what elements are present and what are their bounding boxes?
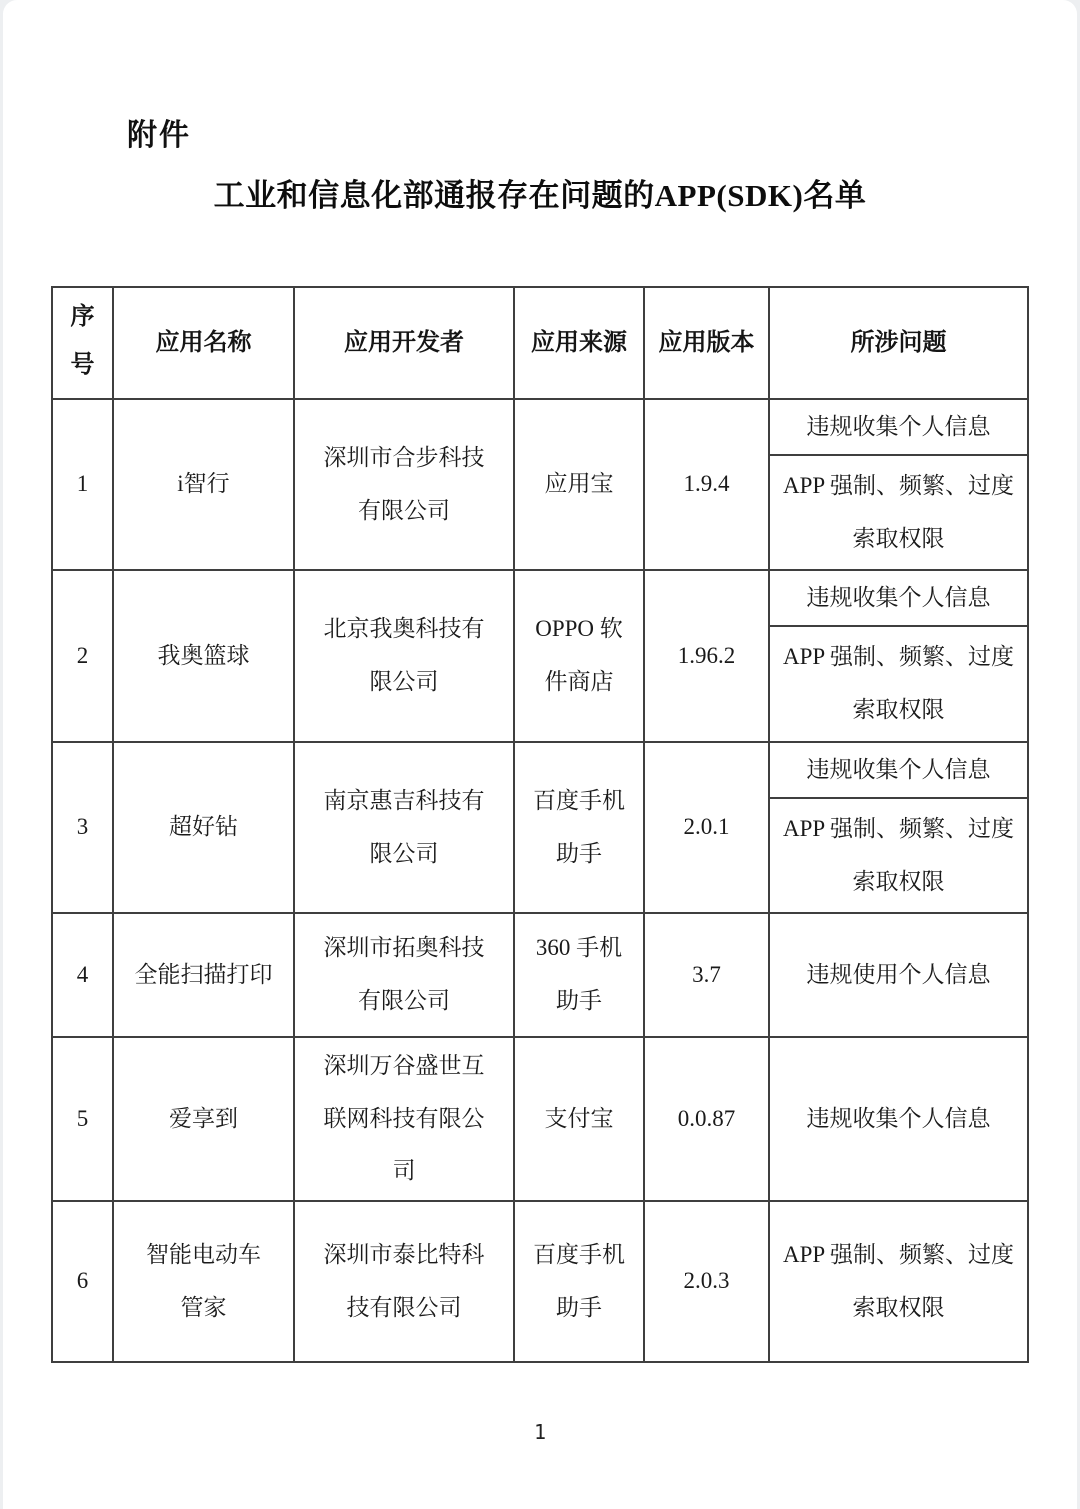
table-row: 1 i智行 深圳市合步科技 有限公司 应用宝 1.9.4 违规收集个人信息 AP… <box>52 399 1028 570</box>
cell-index: 6 <box>52 1201 113 1362</box>
document-page: 附件 工业和信息化部通报存在问题的APP(SDK)名单 序号 应用名称 应用开发… <box>3 0 1077 1509</box>
cell-index: 2 <box>52 570 113 742</box>
cell-developer: 深圳市泰比特科 技有限公司 <box>294 1201 514 1362</box>
app-violation-table: 序号 应用名称 应用开发者 应用来源 应用版本 所涉问题 1 i智行 深圳市合步… <box>51 286 1029 1363</box>
cell-issues: 违规收集个人信息 APP 强制、频繁、过度 索取权限 <box>769 399 1028 570</box>
table-row: 3 超好钻 南京惠吉科技有 限公司 百度手机 助手 2.0.1 违规收集个人信息… <box>52 742 1028 913</box>
col-header-source: 应用来源 <box>514 287 644 399</box>
col-header-developer: 应用开发者 <box>294 287 514 399</box>
table-header-row: 序号 应用名称 应用开发者 应用来源 应用版本 所涉问题 <box>52 287 1028 399</box>
page-number: 1 <box>3 1420 1077 1444</box>
cell-developer: 深圳市合步科技 有限公司 <box>294 399 514 570</box>
issue-item: APP 强制、频繁、过度 索取权限 <box>770 799 1027 912</box>
cell-app-name: 智能电动车 管家 <box>113 1201 294 1362</box>
cell-app-name: 我奥篮球 <box>113 570 294 742</box>
cell-source: 百度手机 助手 <box>514 742 644 913</box>
cell-issues: 违规使用个人信息 <box>769 913 1028 1037</box>
cell-app-name: 超好钻 <box>113 742 294 913</box>
cell-index: 4 <box>52 913 113 1037</box>
issue-item: APP 强制、频繁、过度 索取权限 <box>770 456 1027 569</box>
issues-list: 违规收集个人信息 APP 强制、频繁、过度 索取权限 <box>770 571 1027 741</box>
cell-version: 2.0.3 <box>644 1201 769 1362</box>
attachment-label: 附件 <box>127 110 191 154</box>
cell-app-name: 爱享到 <box>113 1037 294 1201</box>
cell-index: 3 <box>52 742 113 913</box>
cell-source: 360 手机 助手 <box>514 913 644 1037</box>
cell-app-name: 全能扫描打印 <box>113 913 294 1037</box>
col-header-issues: 所涉问题 <box>769 287 1028 399</box>
cell-issues: 违规收集个人信息 APP 强制、频繁、过度 索取权限 <box>769 742 1028 913</box>
cell-issues: 违规收集个人信息 APP 强制、频繁、过度 索取权限 <box>769 570 1028 742</box>
issues-list: 违规收集个人信息 APP 强制、频繁、过度 索取权限 <box>770 400 1027 569</box>
issues-list: 违规收集个人信息 APP 强制、频繁、过度 索取权限 <box>770 743 1027 912</box>
cell-app-name: i智行 <box>113 399 294 570</box>
issue-item: 违规收集个人信息 <box>770 571 1027 627</box>
col-header-version: 应用版本 <box>644 287 769 399</box>
table-row: 4 全能扫描打印 深圳市拓奥科技 有限公司 360 手机 助手 3.7 违规使用… <box>52 913 1028 1037</box>
page-title: 工业和信息化部通报存在问题的APP(SDK)名单 <box>3 170 1077 215</box>
cell-source: 支付宝 <box>514 1037 644 1201</box>
col-header-app-name: 应用名称 <box>113 287 294 399</box>
col-header-index: 序号 <box>52 287 113 399</box>
cell-issues: 违规收集个人信息 <box>769 1037 1028 1201</box>
table-row: 2 我奥篮球 北京我奥科技有 限公司 OPPO 软 件商店 1.96.2 违规收… <box>52 570 1028 742</box>
cell-issues: APP 强制、频繁、过度 索取权限 <box>769 1201 1028 1362</box>
cell-version: 1.96.2 <box>644 570 769 742</box>
table-row: 6 智能电动车 管家 深圳市泰比特科 技有限公司 百度手机 助手 2.0.3 A… <box>52 1201 1028 1362</box>
cell-developer: 深圳万谷盛世互 联网科技有限公 司 <box>294 1037 514 1201</box>
cell-developer: 南京惠吉科技有 限公司 <box>294 742 514 913</box>
cell-version: 3.7 <box>644 913 769 1037</box>
issue-item: 违规收集个人信息 <box>770 400 1027 456</box>
col-header-index-label: 序号 <box>70 293 95 389</box>
cell-developer: 深圳市拓奥科技 有限公司 <box>294 913 514 1037</box>
cell-source: OPPO 软 件商店 <box>514 570 644 742</box>
table-row: 5 爱享到 深圳万谷盛世互 联网科技有限公 司 支付宝 0.0.87 违规收集个… <box>52 1037 1028 1201</box>
cell-index: 1 <box>52 399 113 570</box>
issue-item: 违规收集个人信息 <box>770 743 1027 799</box>
cell-version: 2.0.1 <box>644 742 769 913</box>
cell-developer: 北京我奥科技有 限公司 <box>294 570 514 742</box>
cell-source: 应用宝 <box>514 399 644 570</box>
cell-source: 百度手机 助手 <box>514 1201 644 1362</box>
issue-item: APP 强制、频繁、过度 索取权限 <box>770 627 1027 741</box>
cell-version: 1.9.4 <box>644 399 769 570</box>
cell-version: 0.0.87 <box>644 1037 769 1201</box>
cell-index: 5 <box>52 1037 113 1201</box>
